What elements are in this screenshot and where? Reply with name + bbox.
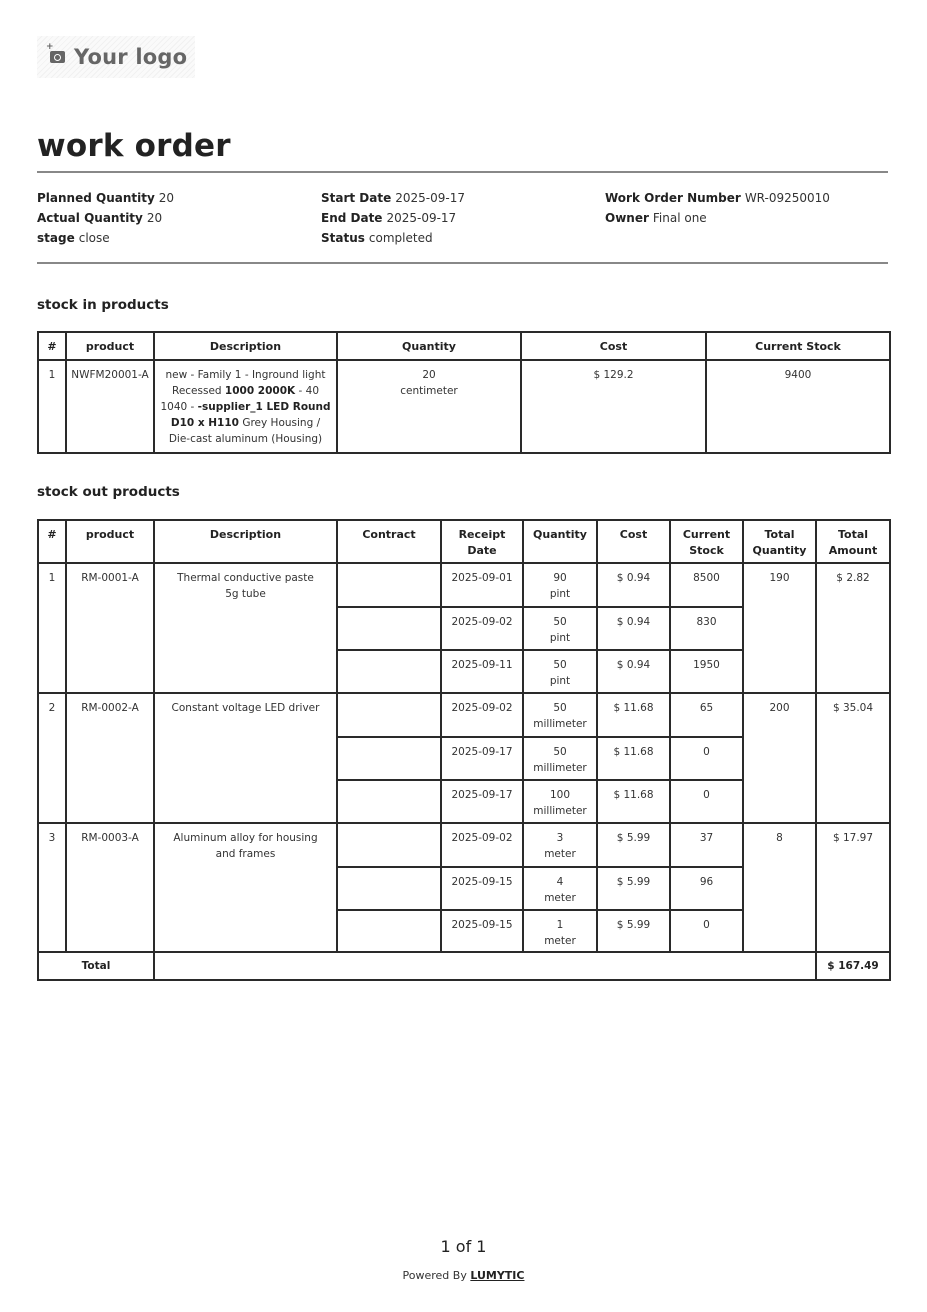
meta-field: End Date2025-09-17 (321, 208, 465, 228)
total-label: Total (38, 952, 154, 980)
stock-in-title: stock in products (37, 297, 169, 313)
contract-cell (337, 910, 441, 952)
quantity-value: 50 (528, 614, 592, 630)
meta-label: stage (37, 231, 75, 245)
receipt-date-cell: 2025-09-15 (441, 867, 523, 910)
cost-cell: $ 5.99 (597, 910, 670, 952)
table-row: 1RM-0001-AThermal conductive paste 5g tu… (38, 563, 890, 607)
quantity-cell: 90pint (523, 563, 597, 607)
quantity-value: 100 (528, 787, 592, 803)
row-index: 2 (38, 693, 66, 823)
column-header: Cost (521, 332, 706, 360)
product-code: NWFM20001-A (66, 360, 154, 453)
quantity-value: 50 (528, 744, 592, 760)
table-row: 3RM-0003-AAluminum alloy for housing and… (38, 823, 890, 867)
row-index: 1 (38, 563, 66, 693)
current-stock-cell: 0 (670, 910, 743, 952)
meta-field: Statuscompleted (321, 228, 465, 248)
meta-field: OwnerFinal one (605, 208, 830, 228)
cost-cell: $ 0.94 (597, 607, 670, 650)
contract-cell (337, 693, 441, 737)
meta-value: Final one (653, 211, 707, 225)
product-description: new - Family 1 - Inground light Recessed… (154, 360, 337, 453)
cost-cell: $ 129.2 (521, 360, 706, 453)
total-amount-cell: $ 2.82 (816, 563, 890, 693)
quantity-value: 3 (528, 830, 592, 846)
current-stock-cell: 0 (670, 737, 743, 780)
title-divider (37, 171, 888, 173)
total-quantity-cell: 8 (743, 823, 816, 952)
quantity-unit: millimeter (528, 803, 592, 819)
contract-cell (337, 563, 441, 607)
total-spacer (154, 952, 816, 980)
column-header: # (38, 332, 66, 360)
column-header: Contract (337, 520, 441, 563)
row-index: 3 (38, 823, 66, 952)
quantity-cell: 3meter (523, 823, 597, 867)
cost-cell: $ 11.68 (597, 737, 670, 780)
current-stock-cell: 65 (670, 693, 743, 737)
table-row: 1NWFM20001-Anew - Family 1 - Inground li… (38, 360, 890, 453)
meta-value: WR-09250010 (745, 191, 830, 205)
row-index: 1 (38, 360, 66, 453)
quantity-cell: 4meter (523, 867, 597, 910)
meta-label: Work Order Number (605, 191, 741, 205)
stock-in-table: #productDescriptionQuantityCostCurrent S… (37, 331, 891, 454)
grand-total-value: $ 167.49 (816, 952, 890, 980)
meta-label: Actual Quantity (37, 211, 143, 225)
receipt-date-cell: 2025-09-02 (441, 823, 523, 867)
current-stock-cell: 8500 (670, 563, 743, 607)
column-header: Total Amount (816, 520, 890, 563)
quantity-value: 20 (342, 367, 516, 383)
quantity-unit: millimeter (528, 716, 592, 732)
contract-cell (337, 650, 441, 693)
receipt-date-cell: 2025-09-01 (441, 563, 523, 607)
meta-value: close (79, 231, 110, 245)
cost-cell: $ 5.99 (597, 867, 670, 910)
cost-cell: $ 11.68 (597, 693, 670, 737)
column-header: product (66, 520, 154, 563)
quantity-unit: meter (528, 933, 592, 949)
quantity-cell: 20centimeter (337, 360, 521, 453)
meta-value: 2025-09-17 (386, 211, 456, 225)
product-description: Constant voltage LED driver (154, 693, 337, 823)
column-header: Current Stock (670, 520, 743, 563)
quantity-unit: pint (528, 630, 592, 646)
meta-label: Planned Quantity (37, 191, 155, 205)
contract-cell (337, 823, 441, 867)
column-header: Quantity (523, 520, 597, 563)
current-stock-cell: 830 (670, 607, 743, 650)
meta-column-1: Planned Quantity20Actual Quantity20stage… (37, 188, 174, 248)
contract-cell (337, 737, 441, 780)
meta-column-3: Work Order NumberWR-09250010OwnerFinal o… (605, 188, 830, 228)
meta-field: Start Date2025-09-17 (321, 188, 465, 208)
contract-cell (337, 867, 441, 910)
product-code: RM-0001-A (66, 563, 154, 693)
quantity-cell: 50pint (523, 650, 597, 693)
meta-label: Start Date (321, 191, 391, 205)
current-stock-cell: 37 (670, 823, 743, 867)
receipt-date-cell: 2025-09-17 (441, 780, 523, 823)
receipt-date-cell: 2025-09-15 (441, 910, 523, 952)
meta-label: Owner (605, 211, 649, 225)
current-stock-cell: 0 (670, 780, 743, 823)
meta-label: Status (321, 231, 365, 245)
receipt-date-cell: 2025-09-17 (441, 737, 523, 780)
cost-cell: $ 0.94 (597, 563, 670, 607)
quantity-value: 4 (528, 874, 592, 890)
column-header: Total Quantity (743, 520, 816, 563)
quantity-unit: pint (528, 673, 592, 689)
quantity-value: 1 (528, 917, 592, 933)
column-header: Quantity (337, 332, 521, 360)
quantity-value: 50 (528, 700, 592, 716)
quantity-cell: 50millimeter (523, 737, 597, 780)
meta-value: 20 (159, 191, 174, 205)
product-code: RM-0003-A (66, 823, 154, 952)
receipt-date-cell: 2025-09-11 (441, 650, 523, 693)
powered-by: Powered By LUMYTIC (0, 1269, 927, 1282)
cost-cell: $ 0.94 (597, 650, 670, 693)
meta-value: completed (369, 231, 433, 245)
page-title: work order (37, 128, 231, 164)
quantity-unit: millimeter (528, 760, 592, 776)
receipt-date-cell: 2025-09-02 (441, 693, 523, 737)
total-quantity-cell: 190 (743, 563, 816, 693)
meta-value: 20 (147, 211, 162, 225)
column-header: Current Stock (706, 332, 890, 360)
quantity-unit: pint (528, 586, 592, 602)
logo-placeholder: Your logo (37, 36, 195, 78)
brand-link[interactable]: LUMYTIC (470, 1269, 524, 1282)
current-stock-cell: 1950 (670, 650, 743, 693)
meta-label: End Date (321, 211, 382, 225)
quantity-cell: 1meter (523, 910, 597, 952)
total-amount-cell: $ 35.04 (816, 693, 890, 823)
column-header: Description (154, 520, 337, 563)
current-stock-cell: 96 (670, 867, 743, 910)
contract-cell (337, 780, 441, 823)
contract-cell (337, 607, 441, 650)
page-indicator: 1 of 1 (0, 1237, 927, 1256)
quantity-unit: centimeter (342, 383, 516, 399)
total-row: Total$ 167.49 (38, 952, 890, 980)
meta-divider (37, 262, 888, 264)
quantity-cell: 50pint (523, 607, 597, 650)
meta-field: Actual Quantity20 (37, 208, 174, 228)
cost-cell: $ 11.68 (597, 780, 670, 823)
table-row: 2RM-0002-AConstant voltage LED driver202… (38, 693, 890, 737)
quantity-cell: 100millimeter (523, 780, 597, 823)
product-description: Thermal conductive paste 5g tube (154, 563, 337, 693)
column-header: Description (154, 332, 337, 360)
powered-by-label: Powered By (403, 1269, 467, 1282)
logo-text: Your logo (74, 45, 187, 69)
current-stock-cell: 9400 (706, 360, 890, 453)
total-quantity-cell: 200 (743, 693, 816, 823)
meta-field: Planned Quantity20 (37, 188, 174, 208)
camera-plus-icon (50, 51, 65, 63)
description-fragment: 1000 2000K (225, 385, 295, 397)
meta-value: 2025-09-17 (395, 191, 465, 205)
column-header: # (38, 520, 66, 563)
total-amount-cell: $ 17.97 (816, 823, 890, 952)
quantity-value: 90 (528, 570, 592, 586)
meta-field: Work Order NumberWR-09250010 (605, 188, 830, 208)
product-description: Aluminum alloy for housing and frames (154, 823, 337, 952)
column-header: Cost (597, 520, 670, 563)
meta-column-2: Start Date2025-09-17End Date2025-09-17St… (321, 188, 465, 248)
stock-out-title: stock out products (37, 484, 180, 500)
receipt-date-cell: 2025-09-02 (441, 607, 523, 650)
product-code: RM-0002-A (66, 693, 154, 823)
meta-field: stageclose (37, 228, 174, 248)
column-header: Receipt Date (441, 520, 523, 563)
quantity-unit: meter (528, 890, 592, 906)
quantity-value: 50 (528, 657, 592, 673)
cost-cell: $ 5.99 (597, 823, 670, 867)
quantity-cell: 50millimeter (523, 693, 597, 737)
stock-out-table: #productDescriptionContractReceipt DateQ… (37, 519, 891, 981)
quantity-unit: meter (528, 846, 592, 862)
column-header: product (66, 332, 154, 360)
